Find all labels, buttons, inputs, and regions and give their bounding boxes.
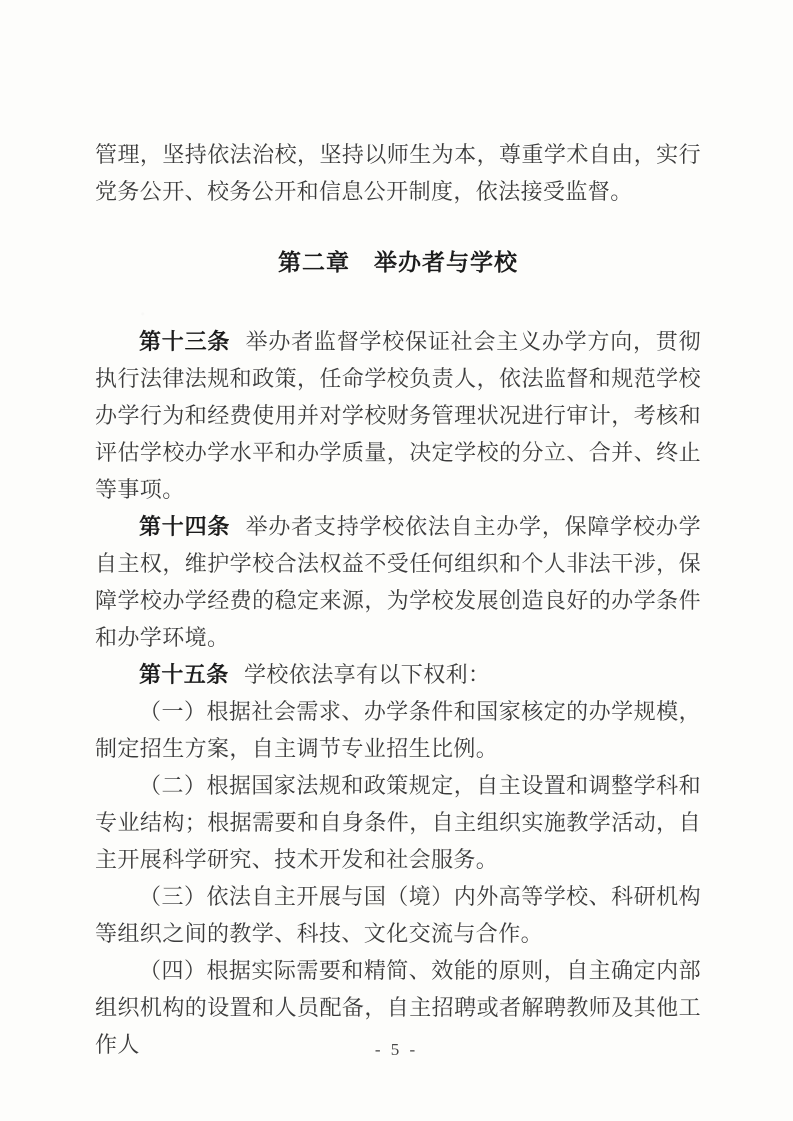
page-number: - 5 - [0, 1040, 793, 1060]
list-item-paragraph: （三）依法自主开展与国（境）内外高等学校、科研机构等组织之间的教学、科技、文化交… [95, 878, 701, 952]
article-number: 第十三条 [139, 329, 230, 354]
article-text: 举办者监督学校保证社会主义办学方向，贯彻执行法律法规和政策，任命学校负责人，依法… [95, 329, 701, 502]
document-page: 管理，坚持依法治校，坚持以师生为本，尊重学术自由，实行党务公开、校务公开和信息公… [0, 0, 793, 1121]
chapter-heading: 第二章 举办者与学校 [95, 244, 701, 281]
article-paragraph: 第十四条举办者支持学校依法自主办学，保障学校办学自主权，维护学校合法权益不受任何… [95, 508, 701, 656]
article-number: 第十四条 [139, 514, 230, 539]
list-item-paragraph: （一）根据社会需求、办学条件和国家核定的办学规模，制定招生方案，自主调节专业招生… [95, 693, 701, 767]
list-item-paragraph: （二）根据国家法规和政策规定，自主设置和调整学科和专业结构；根据需要和自身条件，… [95, 767, 701, 878]
article-number: 第十五条 [139, 662, 229, 687]
article-paragraph: 第十五条学校依法享有以下权利： [95, 656, 701, 693]
article-text: 学校依法享有以下权利： [244, 662, 490, 687]
article-paragraph: 第十三条举办者监督学校保证社会主义办学方向，贯彻执行法律法规和政策，任命学校负责… [95, 323, 701, 508]
body-paragraph: 管理，坚持依法治校，坚持以师生为本，尊重学术自由，实行党务公开、校务公开和信息公… [95, 136, 701, 210]
page-body: 管理，坚持依法治校，坚持以师生为本，尊重学术自由，实行党务公开、校务公开和信息公… [95, 136, 701, 1063]
